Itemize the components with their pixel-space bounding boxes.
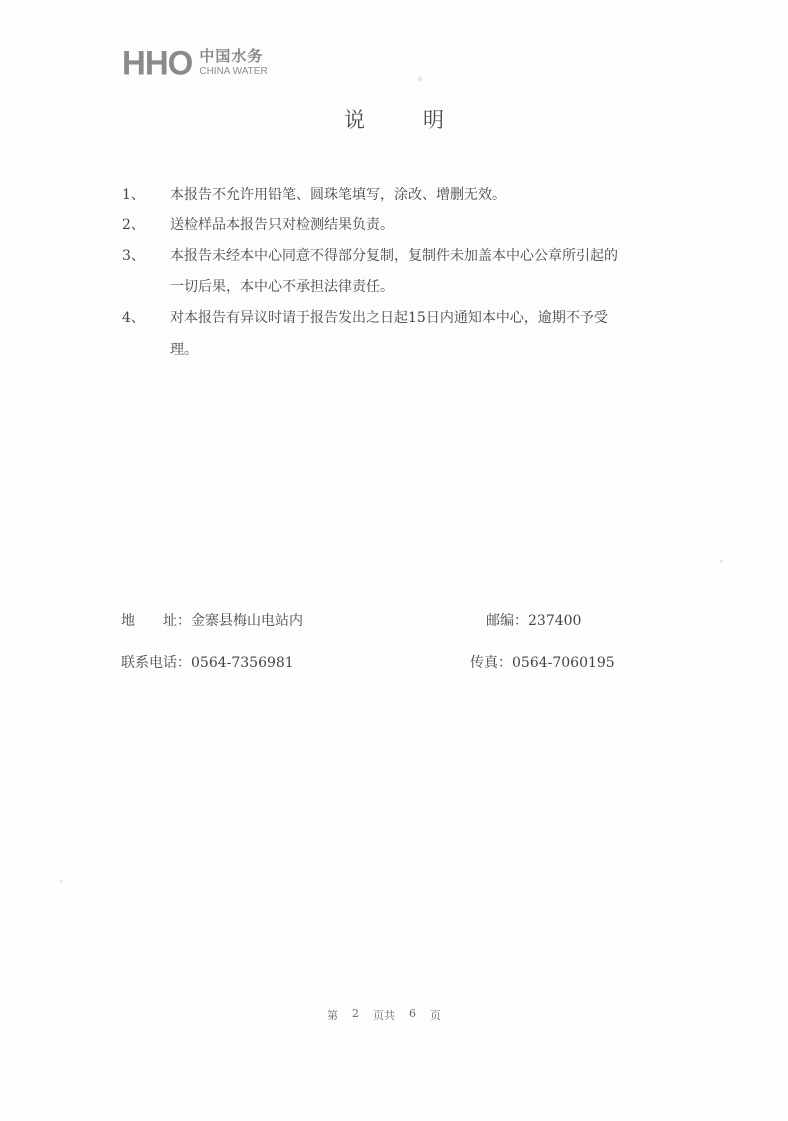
phone-value: 0564-7356981 — [191, 655, 294, 671]
fax-label: 传真： — [470, 655, 512, 671]
note-item-4: 4、 对本报告有异议时请于报告发出之日起15日内通知本中心，逾期不予受 理。 — [122, 307, 682, 357]
note-item-3: 3、 本报告未经本中心同意不得部分复制，复制件未加盖本中心公章所引起的 一切后果… — [122, 245, 682, 295]
scan-artifact — [720, 560, 723, 563]
note-text-line-2: 理。 — [170, 339, 198, 359]
note-item-2: 2、 送检样品本报告只对检测结果负责。 — [122, 214, 682, 234]
postcode-label: 邮编： — [486, 613, 528, 629]
note-number: 1、 — [122, 184, 162, 204]
note-number: 2、 — [122, 214, 162, 234]
page-suffix: 页 — [430, 1007, 441, 1023]
page-title: 说 明 — [344, 104, 444, 134]
logo-text: 中国水务 CHINA WATER — [199, 49, 267, 77]
page-prefix: 第 — [327, 1007, 338, 1023]
note-number: 3、 — [122, 245, 162, 265]
title-char-2: 明 — [423, 104, 444, 134]
logo-mark: HHO — [122, 45, 192, 80]
note-text-line-1: 本报告未经本中心同意不得部分复制，复制件未加盖本中心公章所引起的 — [170, 245, 618, 265]
postcode-value: 237400 — [528, 613, 581, 629]
address-field: 地 址：金寨县梅山电站内 — [121, 610, 303, 630]
address-label: 地 址： — [121, 613, 191, 629]
phone-field: 联系电话：0564-7356981 — [121, 652, 294, 672]
note-item-1: 1、 本报告不允许用铅笔、圆珠笔填写，涂改、增删无效。 — [122, 184, 682, 204]
address-value: 金寨县梅山电站内 — [191, 613, 303, 629]
company-logo: HHO 中国水务 CHINA WATER — [122, 46, 268, 79]
page-number-footer: 第 2 页共 6 页 — [327, 1007, 441, 1023]
note-text: 送检样品本报告只对检测结果负责。 — [170, 214, 394, 234]
note-text-line-1: 对本报告有异议时请于报告发出之日起15日内通知本中心，逾期不予受 — [170, 307, 608, 327]
postcode-field: 邮编：237400 — [486, 610, 581, 630]
logo-english-name: CHINA WATER — [199, 67, 267, 77]
page-mid: 页共 — [373, 1007, 395, 1023]
total-pages: 6 — [409, 1007, 416, 1023]
scan-artifact — [60, 880, 63, 883]
note-text: 本报告不允许用铅笔、圆珠笔填写，涂改、增删无效。 — [170, 184, 506, 204]
title-char-1: 说 — [344, 104, 365, 134]
fax-value: 0564-7060195 — [512, 655, 615, 671]
note-number: 4、 — [122, 307, 162, 327]
phone-label: 联系电话： — [121, 655, 191, 671]
logo-chinese-name: 中国水务 — [199, 49, 267, 64]
scan-artifact — [418, 76, 422, 82]
fax-field: 传真：0564-7060195 — [470, 652, 615, 672]
current-page: 2 — [352, 1007, 359, 1023]
note-text-line-2: 一切后果，本中心不承担法律责任。 — [170, 276, 394, 296]
